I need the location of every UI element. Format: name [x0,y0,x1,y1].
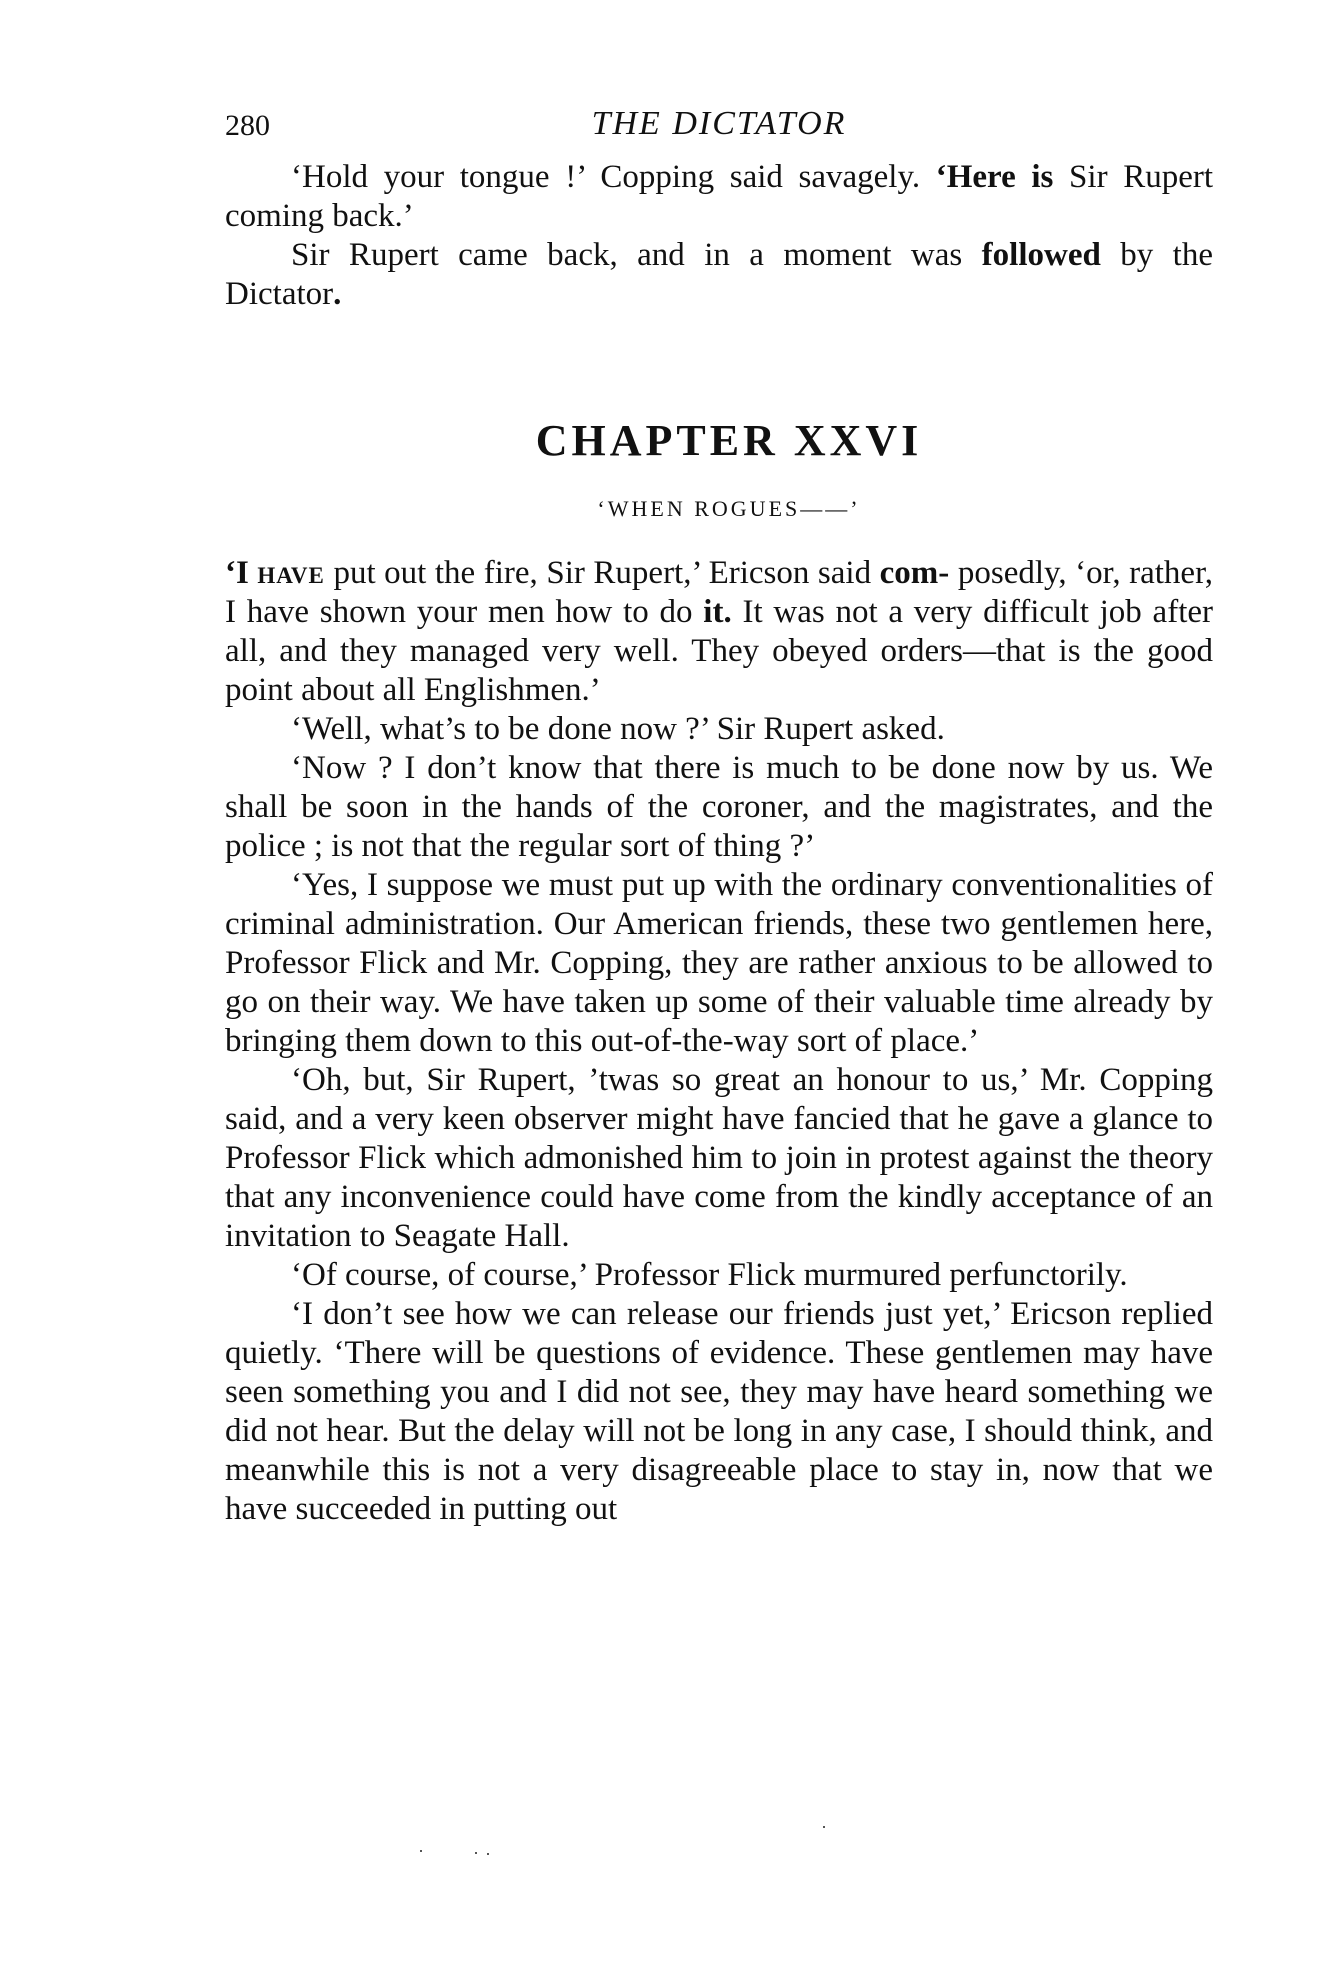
paragraph: Sir Rupert came back, and in a moment wa… [225,236,1213,314]
preceding-chapter-ending: ‘Hold your tongue !’ Copping said savage… [225,158,1213,314]
chapter-subtitle: ‘WHEN ROGUES——’ [225,494,1213,524]
running-title: THE DICTATOR [225,104,1213,144]
scan-speck [475,1852,477,1854]
scan-speck [823,1826,825,1828]
paragraph: ‘I don’t see how we can release our frie… [225,1295,1213,1529]
paragraph: ‘Yes, I suppose we must put up with the … [225,866,1213,1061]
scan-speck [487,1853,489,1855]
lead-small-caps: have [257,555,325,591]
paragraph: ‘Of course, of course,’ Professor Flick … [225,1256,1213,1295]
paragraph: ‘Now ? I don’t know that there is much t… [225,749,1213,866]
scan-speck [420,1850,422,1852]
chapter-heading: CHAPTER XXVI [225,416,1213,466]
paragraph: ‘Hold your tongue !’ Copping said savage… [225,158,1213,236]
opening-paragraph: ‘I have put out the fire, Sir Rupert,’ E… [225,554,1213,710]
paragraph: ‘Oh, but, Sir Rupert, ’twas so great an … [225,1061,1213,1256]
paragraph: ‘Well, what’s to be done now ?’ Sir Rupe… [225,710,1213,749]
running-head: 280 THE DICTATOR [225,104,1213,144]
chapter-body: ‘I have put out the fire, Sir Rupert,’ E… [225,554,1213,1529]
